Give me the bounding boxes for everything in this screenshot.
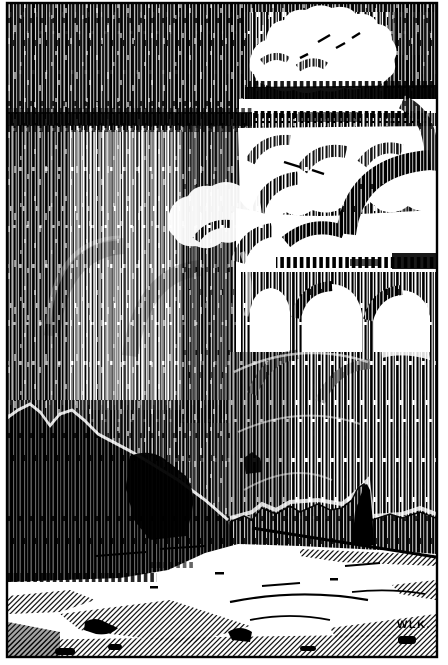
artist-signature: WLK. xyxy=(397,619,431,631)
woodcut-illustration: WLK. xyxy=(0,0,448,665)
woodcut-illustration-page: WLK. xyxy=(0,0,448,665)
